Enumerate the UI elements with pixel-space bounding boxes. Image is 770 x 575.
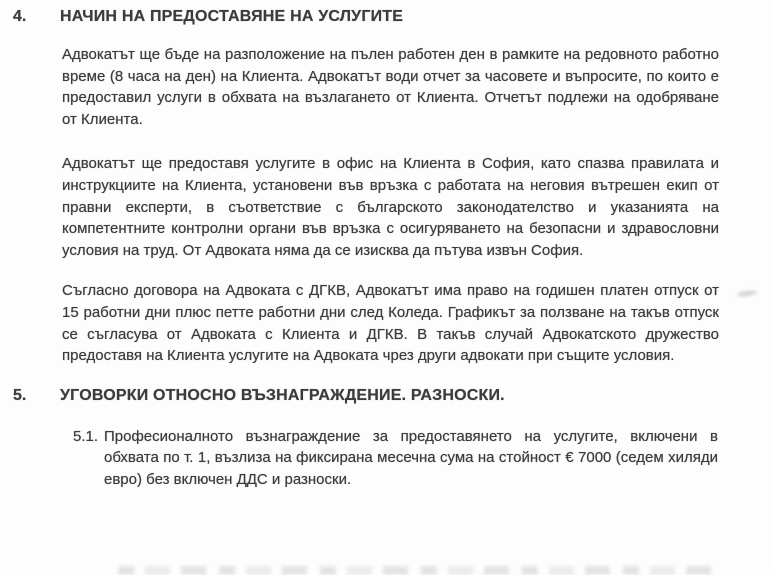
scan-cutoff-text-artifact <box>118 566 718 575</box>
section-5: 5. УГОВОРКИ ОТНОСНО ВЪЗНАГРАЖДЕНИЕ. РАЗН… <box>0 387 770 491</box>
subsection-5-1-number: 5.1. <box>73 426 104 491</box>
section-4-paragraph-2: Адвокатът ще предоставя услугите в офис … <box>62 153 719 261</box>
section-5-number: 5. <box>0 387 60 405</box>
section-5-heading: 5. УГОВОРКИ ОТНОСНО ВЪЗНАГРАЖДЕНИЕ. РАЗН… <box>0 387 770 405</box>
section-4-number: 4. <box>0 8 60 26</box>
section-4-title: НАЧИН НА ПРЕДОСТАВЯНЕ НА УСЛУГИТЕ <box>60 8 403 26</box>
section-4-paragraph-3: Съгласно договора на Адвоката с ДГКВ, Ад… <box>62 280 719 366</box>
section-4-paragraph-1: Адвокатът ще бъде на разположение на пъл… <box>62 44 719 130</box>
scanned-contract-page: 4. НАЧИН НА ПРЕДОСТАВЯНЕ НА УСЛУГИТЕ Адв… <box>0 0 770 575</box>
subsection-5-1-text: Професионалното възнаграждение за предос… <box>104 426 718 491</box>
subsection-5-1: 5.1. Професионалното възнаграждение за п… <box>73 426 770 491</box>
section-5-title: УГОВОРКИ ОТНОСНО ВЪЗНАГРАЖДЕНИЕ. РАЗНОСК… <box>60 387 505 405</box>
section-4: 4. НАЧИН НА ПРЕДОСТАВЯНЕ НА УСЛУГИТЕ Адв… <box>0 8 770 367</box>
section-4-heading: 4. НАЧИН НА ПРЕДОСТАВЯНЕ НА УСЛУГИТЕ <box>0 8 770 26</box>
